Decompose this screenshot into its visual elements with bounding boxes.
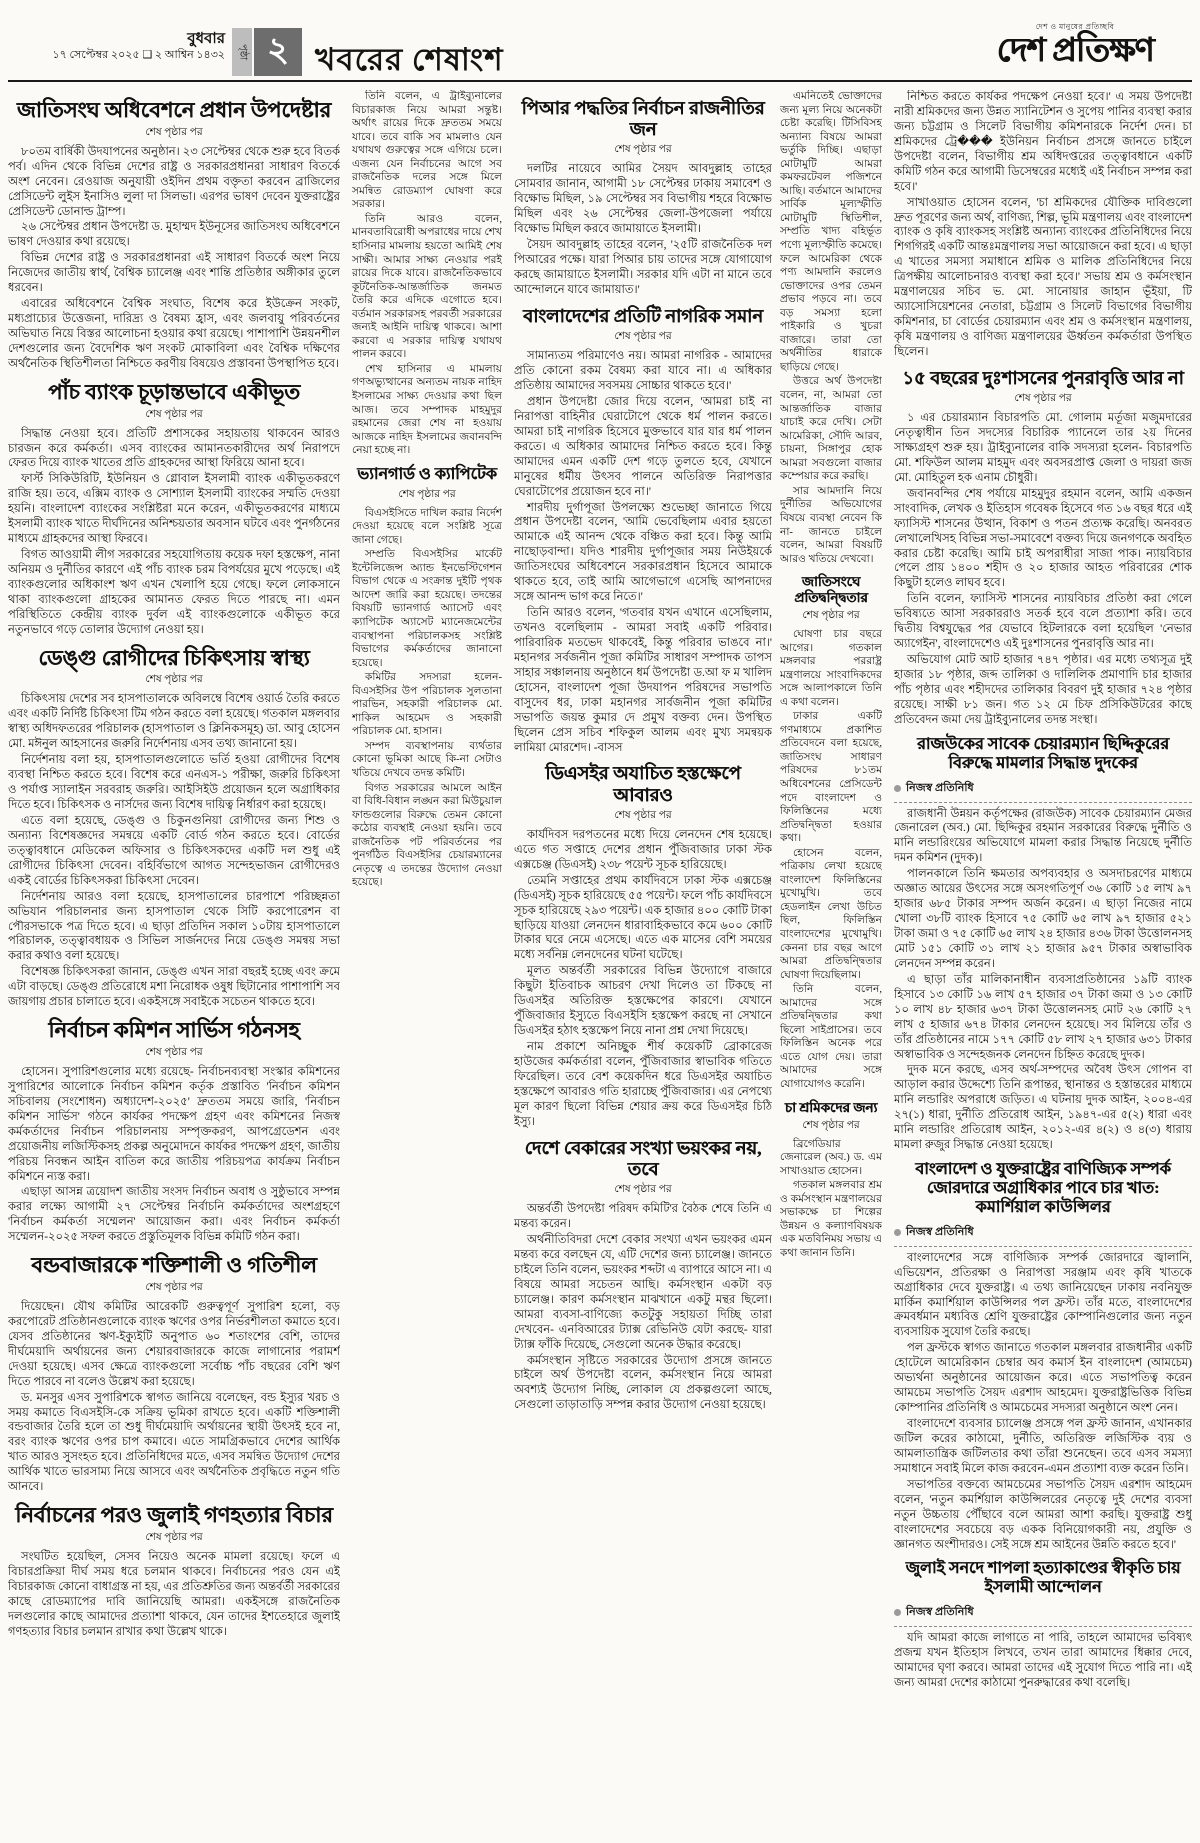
article-paragraph: সামান্যতম পরিমাণেও নয়। আমরা নাগরিক - আম… [514, 349, 772, 394]
article: জুলাই সনদে শাপলা হত্যাকাণ্ডের স্বীকৃতি চ… [894, 1560, 1192, 1691]
column: এমনিতেই ভোক্তাদের জন্য মূল্য নিয়ে অনেকট… [780, 90, 882, 1835]
article-paragraph: জবানবন্দির শেষ পর্যায়ে মাহমুদুর রহমান ব… [894, 487, 1192, 592]
page-number: ২ [254, 28, 302, 76]
continued-from-label: শেষ পৃষ্ঠার পর [8, 1280, 340, 1297]
article-paragraph: নিশ্চিত করতে কার্যকর পদক্ষেপ নেওয়া হবে।… [894, 90, 1192, 195]
article-paragraph: রাজধানী উন্নয়ন কর্তৃপক্ষের (রাজউক) সাবে… [894, 807, 1192, 867]
byline: নিজস্ব প্রতিনিধি [894, 1600, 1192, 1627]
article-paragraph: বিএসইসিতে দাখিল করার নির্দেশ দেওয়া হয়ে… [352, 507, 502, 548]
continued-from-label: শেষ পৃষ্ঠার পর [514, 329, 772, 346]
article-paragraph: বাংলাদেশে ব্যবসার চ্যালেঞ্জ প্রসঙ্গে পল … [894, 1417, 1192, 1477]
article-paragraph: শারদীয় দুর্গাপূজা উপলক্ষ্যে শুভেচ্ছা জা… [514, 501, 772, 606]
continued-from-label: শেষ পৃষ্ঠার পর [780, 608, 882, 625]
article-paragraph: দুদক মনে করছে, এসব অর্থ-সম্পদের অবৈধ উৎস… [894, 1063, 1192, 1153]
article: এমনিতেই ভোক্তাদের জন্য মূল্য নিয়ে অনেকট… [780, 90, 882, 566]
article-paragraph: ৮০তম বার্ষিকী উদযাপনের অনুষ্ঠান। ২৩ সেপ্… [8, 145, 340, 220]
article-headline: বাংলাদেশ ও যুক্তরাষ্ট্রের বাণিজ্যিক সম্প… [896, 1161, 1190, 1218]
article-paragraph: সম্প্রতি বিএসইসির মার্কেট ইন্টেলিজেন্স অ… [352, 548, 502, 670]
article: জাতিসংঘ অধিবেশনে প্রধান উপদেষ্টারশেষ পৃষ… [8, 98, 340, 372]
article-paragraph: বিশেষজ্ঞ চিকিৎসকরা জানান, ডেঙ্গু এখন সার… [8, 965, 340, 1010]
article-headline: জাতিসংঘে প্রতিদ্বন্দ্বিতার [782, 574, 880, 606]
article-paragraph: শেখ হাসিনার এ মামলায় গণঅভ্যুত্থানের অন্… [352, 363, 502, 458]
article-paragraph: বিভিন্ন দেশের রাষ্ট্র ও সরকারপ্রধানরা এই… [8, 251, 340, 296]
article-paragraph: নাম প্রকাশে অনিচ্ছুক শীর্ষ কয়েকটি ব্রোক… [514, 1040, 772, 1130]
article: ভ্যানগার্ড ও ক্যাপিটেকশেষ পৃষ্ঠার পরবিএস… [352, 466, 502, 890]
article-paragraph: নির্দেশনায় বলা হয়, হাসপাতালগুলোতে ভর্ত… [8, 753, 340, 813]
byline-bullet-icon [894, 1229, 901, 1236]
article-paragraph: ২৬ সেপ্টেম্বর প্রধান উপদেষ্টা ড. মুহাম্ম… [8, 220, 340, 250]
article: ১৫ বছরের দুঃশাসনের পুনরাবৃত্তি আর নাশেষ … [894, 368, 1192, 728]
article-paragraph: সিদ্ধান্ত নেওয়া হবে। প্রতিটি প্রশাসকের … [8, 427, 340, 472]
article-paragraph: সৈয়দ আবদুল্লাহ তাহের বলেন, '২৫টি রাজনৈত… [514, 238, 772, 298]
article-paragraph: এছাড়া আসন্ন ত্রয়োদশ জাতীয় সংসদ নির্বা… [8, 1185, 340, 1245]
weekday-label: বুধবার [40, 30, 225, 49]
article-paragraph: পালনকালে তিনি ক্ষমতার অপব্যবহার ও অসদাচর… [894, 867, 1192, 972]
article-paragraph: ব্রিগেডিয়ার জেনারেল (অব.) ড. এম সাখাওয়… [780, 1138, 882, 1179]
article-paragraph: হোসেন। সুপারিশগুলোর মধ্যে রয়েছে- নির্বা… [8, 1065, 340, 1185]
newspaper-page: বুধবার ১৭ সেপ্টেম্বর ২০২৫ ❑ ২ আশ্বিন ১৪৩… [0, 0, 1200, 1843]
article-paragraph: তিনি আরও বলেন, মানবতাবিরোধী অপরাধের দায়… [352, 213, 502, 362]
article-headline: নির্বাচনের পরও জুলাই গণহত্যার বিচার [10, 1503, 338, 1528]
article: নির্বাচনের পরও জুলাই গণহত্যার বিচারশেষ প… [8, 1503, 340, 1639]
article-paragraph: তিনি বলেন, আমাদের সঙ্গে প্রতিদ্বন্দ্বিতা… [780, 983, 882, 1091]
column: পিআর পদ্ধতির নির্বাচন রাজনীতির জনশেষ পৃষ… [514, 90, 772, 1835]
article-paragraph: হোসেন বলেন, পত্রিকায় লেখা হয়েছে বাংলাদ… [780, 847, 882, 982]
article-paragraph: বিগত আওয়ামী লীগ সরকারের সহযোগিতায় কয়ে… [8, 548, 340, 638]
masthead-logo: দেশ প্রতিক্ষণ [960, 34, 1190, 69]
article: বন্ডবাজারকে শক্তিশালী ও গতিশীলশেষ পৃষ্ঠা… [8, 1253, 340, 1495]
byline: নিজস্ব প্রতিনিধি [894, 1220, 1192, 1247]
article-paragraph: এবারের অধিবেশনে বৈশ্বিক সংঘাত, বিশেষ করে… [8, 297, 340, 372]
continued-from-label: শেষ পৃষ্ঠার পর [8, 672, 340, 689]
article-paragraph: বাংলাদেশের সঙ্গে বাণিজ্যিক সম্পর্ক জোরদা… [894, 1251, 1192, 1341]
article-paragraph: চিকিৎসায় দেশের সব হাসপাতালকে অবিলম্বে ব… [8, 692, 340, 752]
article-paragraph: অন্তর্বর্তী উপদেষ্টা পরিষদ কমিটি'র বৈঠক … [514, 1202, 772, 1232]
article-headline: বন্ডবাজারকে শক্তিশালী ও গতিশীল [10, 1253, 338, 1278]
article-paragraph: দিয়েছেন। যৌথ কমিটির আরেকটি গুরুত্বপূর্ণ… [8, 1300, 340, 1390]
masthead: দেশ ও মানুষের প্রতিচ্ছবি দেশ প্রতিক্ষণ [960, 22, 1190, 69]
article-paragraph: ঘোষণা চার বছরে আগের। গতকাল মঙ্গলবার পররা… [780, 628, 882, 709]
article-headline: বাংলাদেশের প্রতিটি নাগরিক সমান [516, 306, 770, 327]
article-headline: চা শ্রমিকদের জন্য [782, 1100, 880, 1116]
article-paragraph: দলটির নায়েবে আমির সৈয়দ আবদুল্লাহ তাহের… [514, 162, 772, 237]
byline-bullet-icon [894, 1609, 901, 1616]
article: বাংলাদেশ ও যুক্তরাষ্ট্রের বাণিজ্যিক সম্প… [894, 1161, 1192, 1552]
article-headline: জাতিসংঘ অধিবেশনে প্রধান উপদেষ্টার [10, 98, 338, 123]
article-headline: ভ্যানগার্ড ও ক্যাপিটেক [354, 466, 500, 485]
byline-label: নিজস্ব প্রতিনিধি [906, 1223, 974, 1242]
article-paragraph: সম্পদ ব্যবস্থাপনায় ব্যর্থতার কোনো ভূমিক… [352, 740, 502, 781]
date-label: ১৭ সেপ্টেম্বর ২০২৫ ❑ ২ আশ্বিন ১৪৩২ [40, 49, 225, 63]
header-rule [8, 80, 1192, 82]
continued-from-label: শেষ পৃষ্ঠার পর [8, 1530, 340, 1547]
continued-from-label: শেষ পৃষ্ঠার পর [8, 407, 340, 424]
article: বাংলাদেশের প্রতিটি নাগরিক সমানশেষ পৃষ্ঠা… [514, 306, 772, 756]
article-headline: জুলাই সনদে শাপলা হত্যাকাণ্ডের স্বীকৃতি চ… [896, 1560, 1190, 1598]
article-paragraph: অভিযোগ মোট আট হাজার ৭৪৭ পৃষ্ঠার। এর মধ্য… [894, 653, 1192, 728]
article: নিশ্চিত করতে কার্যকর পদক্ষেপ নেওয়া হবে।… [894, 90, 1192, 360]
article-paragraph: ফার্স্ট সিকিউরিটি, ইউনিয়ন ও গ্লোবাল ইসল… [8, 472, 340, 547]
article: তিনি বলেন, এ ট্রাইব্যুনালের বিচারকাজ নিয… [352, 90, 502, 458]
article-headline: ডেঙ্গু রোগীদের চিকিৎসায় স্বাস্থ্য [10, 646, 338, 671]
continued-from-label: শেষ পৃষ্ঠার পর [514, 142, 772, 159]
article-paragraph: মূলত অন্তর্বর্তী সরকারের বিভিন্ন উদ্যোগে… [514, 964, 772, 1039]
article-paragraph: ঢাকার একটি গণমাধ্যমে প্রকাশিত প্রতিবেদনে… [780, 710, 882, 845]
article-paragraph: তিনি বলেন, ফ্যাসিস্ট শাসনের ন্যায়বিচার … [894, 592, 1192, 652]
article-paragraph: তিনি আরও বলেন, 'গতবার যখন এখানে এসেছিলাম… [514, 606, 772, 755]
column: তিনি বলেন, এ ট্রাইব্যুনালের বিচারকাজ নিয… [352, 90, 502, 1835]
article-paragraph: বিগত সরকারের আমলে আইন বা বিধি-বিধান লঙ্ঘ… [352, 782, 502, 890]
article-paragraph: প্রধান উপদেষ্টা জোর দিয়ে বলেন, 'আমরা চা… [514, 395, 772, 500]
continued-from-label: শেষ পৃষ্ঠার পর [514, 808, 772, 825]
article-paragraph: এতে বলা হয়েছে, ডেঙ্গু ও চিকুনগুনিয়া রো… [8, 814, 340, 889]
article-paragraph: অর্থনীতিবিদরা দেশে বেকার সংখ্যা এখন ভয়ং… [514, 1233, 772, 1353]
article: ডিএসইর অযাচিত হস্তক্ষেপে আবারওশেষ পৃষ্ঠা… [514, 763, 772, 1129]
continued-from-label: শেষ পৃষ্ঠার পর [8, 1045, 340, 1062]
article-headline: নির্বাচন কমিশন সার্ভিস গঠনসহ [10, 1018, 338, 1043]
article-paragraph: কার্যদিবস দরপতনের মধ্যে দিয়ে লেনদেন শেষ… [514, 828, 772, 873]
article: ডেঙ্গু রোগীদের চিকিৎসায় স্বাস্থ্যশেষ পৃ… [8, 646, 340, 1010]
article-headline: পিআর পদ্ধতির নির্বাচন রাজনীতির জন [516, 98, 770, 140]
article-paragraph: গতকাল মঙ্গলবার শ্রম ও কর্মসংস্থান মন্ত্র… [780, 1179, 882, 1260]
article-paragraph: যদি আমরা কাজে লাগাতে না পারি, তাহলে আমাদ… [894, 1631, 1192, 1691]
byline-label: নিজস্ব প্রতিনিধি [906, 779, 974, 798]
continued-from-label: শেষ পৃষ্ঠার পর [514, 1182, 772, 1199]
article: দেশে বেকারের সংখ্যা ভয়ংকর নয়, তবেশেষ প… [514, 1138, 772, 1414]
article-paragraph: ১ এর চেয়ারম্যান বিচারপতি মো. গোলাম মর্ত… [894, 411, 1192, 486]
article-paragraph: তিনি বলেন, এ ট্রাইব্যুনালের বিচারকাজ নিয… [352, 90, 502, 212]
article-paragraph: সংঘটিত হয়েছিল, সেসব নিয়েও অনেক মামলা র… [8, 1550, 340, 1640]
article-headline: ১৫ বছরের দুঃশাসনের পুনরাবৃত্তি আর না [896, 368, 1190, 389]
article-paragraph: কর্মসংস্থান সৃষ্টিতে সরকারের উদ্যোগ প্রস… [514, 1354, 772, 1414]
article: পাঁচ ব্যাংক চূড়ান্তভাবে একীভূতশেষ পৃষ্ঠ… [8, 380, 340, 638]
article: রাজউকের সাবেক চেয়ারম্যান ছিদ্দিকুরের বি… [894, 736, 1192, 1153]
article-paragraph: তেমনি সপ্তাহের প্রথম কার্যদিবসে ঢাকা স্ট… [514, 874, 772, 964]
byline: নিজস্ব প্রতিনিধি [894, 776, 1192, 803]
article-paragraph: এ ছাড়া তাঁর মালিকানাধীন ব্যবসাপ্রতিষ্ঠা… [894, 973, 1192, 1063]
article: জাতিসংঘে প্রতিদ্বন্দ্বিতারশেষ পৃষ্ঠার পর… [780, 574, 882, 1091]
article-paragraph: কমিটির সদস্যরা হলেন- বিএসইসির উপ পরিচালক… [352, 671, 502, 739]
continued-from-label: শেষ পৃষ্ঠার পর [780, 1118, 882, 1135]
column: জাতিসংঘ অধিবেশনে প্রধান উপদেষ্টারশেষ পৃষ… [8, 90, 340, 1835]
article-paragraph: সাখাওয়াত হোসেন বলেন, 'চা শ্রমিকদের যৌক্… [894, 196, 1192, 360]
article-paragraph: এমনিতেই ভোক্তাদের জন্য মূল্য নিয়ে অনেকট… [780, 90, 882, 374]
article: পিআর পদ্ধতির নির্বাচন রাজনীতির জনশেষ পৃষ… [514, 98, 772, 298]
article: চা শ্রমিকদের জন্যশেষ পৃষ্ঠার পরব্রিগেডিয… [780, 1100, 882, 1261]
page-word-box: পৃষ্ঠা [232, 28, 252, 76]
article-paragraph: পল ফ্রস্টকে স্বাগত জানাতে গতকাল মঙ্গলবার… [894, 1341, 1192, 1416]
article: নির্বাচন কমিশন সার্ভিস গঠনসহশেষ পৃষ্ঠার … [8, 1018, 340, 1245]
byline-bullet-icon [894, 785, 901, 792]
article-headline: ডিএসইর অযাচিত হস্তক্ষেপে আবারও [516, 763, 770, 805]
article-paragraph: সভাপতির বক্তব্যে আমচেমের সভাপতি সৈয়দ এর… [894, 1478, 1192, 1553]
article-paragraph: নির্দেশনায় আরও বলা হয়েছে, হাসপাতালের চ… [8, 890, 340, 965]
article-paragraph: ড. মনসুর এসব সুপারিশকে স্বাগত জানিয়ে বল… [8, 1391, 340, 1496]
dateline: বুধবার ১৭ সেপ্টেম্বর ২০২৫ ❑ ২ আশ্বিন ১৪৩… [40, 30, 225, 63]
continued-from-label: শেষ পৃষ্ঠার পর [894, 391, 1192, 408]
article-paragraph: সার আমদানি নিয়ে দুর্নীতির অভিযোগের বিষয… [780, 485, 882, 566]
column: নিশ্চিত করতে কার্যকর পদক্ষেপ নেওয়া হবে।… [894, 90, 1192, 1835]
article-headline: পাঁচ ব্যাংক চূড়ান্তভাবে একীভূত [10, 380, 338, 405]
byline-label: নিজস্ব প্রতিনিধি [906, 1603, 974, 1622]
continued-from-label: শেষ পৃষ্ঠার পর [352, 487, 502, 504]
article-headline: রাজউকের সাবেক চেয়ারম্যান ছিদ্দিকুরের বি… [896, 736, 1190, 774]
continued-from-label: শেষ পৃষ্ঠার পর [8, 125, 340, 142]
article-headline: দেশে বেকারের সংখ্যা ভয়ংকর নয়, তবে [516, 1138, 770, 1180]
article-paragraph: উত্তরে অর্থ উপদেষ্টা বলেন, না, আমরা তো আ… [780, 375, 882, 483]
